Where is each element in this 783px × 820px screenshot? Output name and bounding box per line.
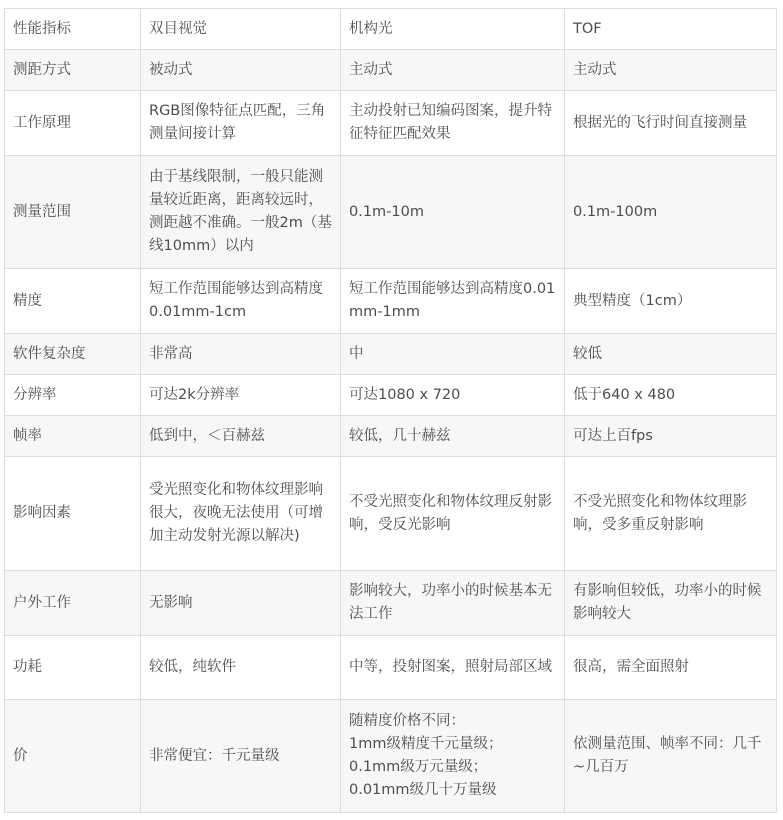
price-line: 0.01mm级几十万量级 [349, 779, 556, 802]
structured-light-cell: 随精度价格不同： 1mm级精度千元量级； 0.1mm级万元量级； 0.01mm级… [341, 700, 565, 813]
stereo-cell: 受光照变化和物体纹理影响很大，夜晚无法使用（可增加主动发射光源以解决) [141, 457, 341, 571]
header-stereo: 双目视觉 [141, 9, 341, 50]
tof-cell: 不受光照变化和物体纹理影响，受多重反射影响 [565, 457, 777, 571]
structured-light-cell: 中 [341, 334, 565, 375]
metric-cell: 帧率 [5, 416, 141, 457]
metric-cell: 分辨率 [5, 375, 141, 416]
metric-cell: 工作原理 [5, 91, 141, 156]
table-row: 精度 短工作范围能够达到高精度0.01mm-1cm 短工作范围能够达到高精度0.… [5, 269, 777, 334]
tof-cell: 根据光的飞行时间直接测量 [565, 91, 777, 156]
structured-light-cell: 中等，投射图案，照射局部区域 [341, 636, 565, 700]
table-row: 户外工作 无影响 影响较大，功率小的时候基本无法工作 有影响但较低，功率小的时候… [5, 571, 777, 636]
tof-cell: 可达上百fps [565, 416, 777, 457]
structured-light-cell: 较低，几十赫兹 [341, 416, 565, 457]
table-row: 测距方式 被动式 主动式 主动式 [5, 50, 777, 91]
stereo-cell: RGB图像特征点匹配，三角测量间接计算 [141, 91, 341, 156]
metric-cell: 测量范围 [5, 156, 141, 269]
tof-cell: 依测量范围、帧率不同：几千~几百万 [565, 700, 777, 813]
price-line: 随精度价格不同： [349, 710, 556, 733]
stereo-cell: 较低，纯软件 [141, 636, 341, 700]
tof-cell: 有影响但较低，功率小的时候影响较大 [565, 571, 777, 636]
structured-light-cell: 主动投射已知编码图案，提升特征特征匹配效果 [341, 91, 565, 156]
header-metric: 性能指标 [5, 9, 141, 50]
comparison-table: 性能指标 双目视觉 机构光 TOF 测距方式 被动式 主动式 主动式 工作原理 … [4, 8, 777, 813]
structured-light-cell: 影响较大，功率小的时候基本无法工作 [341, 571, 565, 636]
metric-cell: 软件复杂度 [5, 334, 141, 375]
tof-cell: 很高，需全面照射 [565, 636, 777, 700]
tof-cell: 0.1m-100m [565, 156, 777, 269]
stereo-cell: 无影响 [141, 571, 341, 636]
structured-light-cell: 0.1m-10m [341, 156, 565, 269]
tof-cell: 主动式 [565, 50, 777, 91]
structured-light-cell: 可达1080 x 720 [341, 375, 565, 416]
stereo-cell: 可达2k分辨率 [141, 375, 341, 416]
table-row: 帧率 低到中，＜百赫兹 较低，几十赫兹 可达上百fps [5, 416, 777, 457]
price-line: 1mm级精度千元量级； [349, 733, 556, 756]
structured-light-cell: 短工作范围能够达到高精度0.01mm-1mm [341, 269, 565, 334]
stereo-cell: 低到中，＜百赫兹 [141, 416, 341, 457]
table-row: 功耗 较低，纯软件 中等，投射图案，照射局部区域 很高，需全面照射 [5, 636, 777, 700]
structured-light-cell: 不受光照变化和物体纹理反射影响，受反光影响 [341, 457, 565, 571]
table-row: 测量范围 由于基线限制，一般只能测量较近距离，距离较远时，测距越不准确。一般2m… [5, 156, 777, 269]
metric-cell: 功耗 [5, 636, 141, 700]
metric-cell: 测距方式 [5, 50, 141, 91]
metric-cell: 影响因素 [5, 457, 141, 571]
tof-cell: 低于640 x 480 [565, 375, 777, 416]
metric-cell: 价 [5, 700, 141, 813]
structured-light-cell: 主动式 [341, 50, 565, 91]
header-row: 性能指标 双目视觉 机构光 TOF [5, 9, 777, 50]
header-structured-light: 机构光 [341, 9, 565, 50]
metric-cell: 户外工作 [5, 571, 141, 636]
stereo-cell: 由于基线限制，一般只能测量较近距离，距离较远时，测距越不准确。一般2m（基线10… [141, 156, 341, 269]
stereo-cell: 被动式 [141, 50, 341, 91]
stereo-cell: 非常高 [141, 334, 341, 375]
table-row: 软件复杂度 非常高 中 较低 [5, 334, 777, 375]
metric-cell: 精度 [5, 269, 141, 334]
tof-cell: 较低 [565, 334, 777, 375]
tof-cell: 典型精度（1cm） [565, 269, 777, 334]
table-row: 影响因素 受光照变化和物体纹理影响很大，夜晚无法使用（可增加主动发射光源以解决)… [5, 457, 777, 571]
header-tof: TOF [565, 9, 777, 50]
stereo-cell: 短工作范围能够达到高精度0.01mm-1cm [141, 269, 341, 334]
table-row: 分辨率 可达2k分辨率 可达1080 x 720 低于640 x 480 [5, 375, 777, 416]
table-row: 价 非常便宜：千元量级 随精度价格不同： 1mm级精度千元量级； 0.1mm级万… [5, 700, 777, 813]
price-line: 0.1mm级万元量级； [349, 756, 556, 779]
stereo-cell: 非常便宜：千元量级 [141, 700, 341, 813]
table-row: 工作原理 RGB图像特征点匹配，三角测量间接计算 主动投射已知编码图案，提升特征… [5, 91, 777, 156]
